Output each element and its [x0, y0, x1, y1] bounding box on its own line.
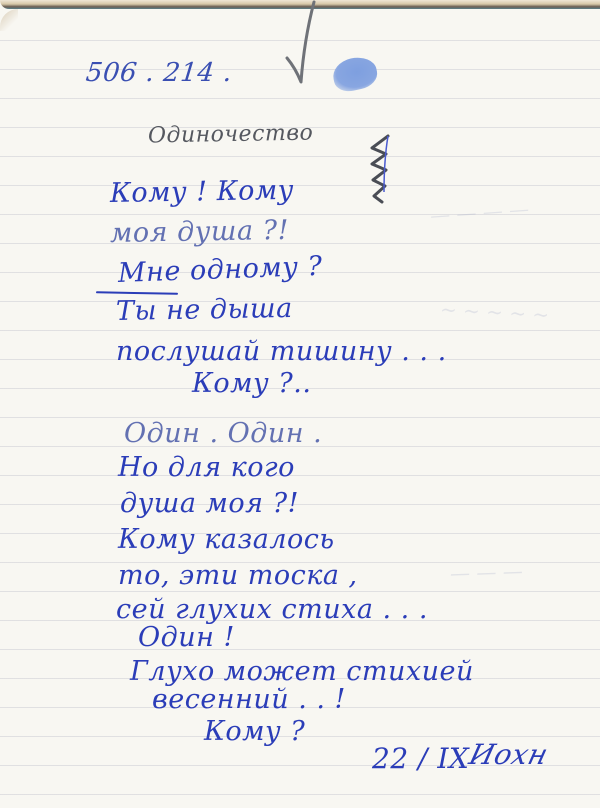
notebook-page: — — — — ~ ~ ~ ~ ~ — — — 506 . 214 . Один… [0, 0, 600, 808]
poem-line: Но для кого [118, 452, 295, 483]
author-signature: Иохн [466, 738, 552, 771]
show-through-text: — — — — [429, 197, 530, 228]
poem-line: Один . Один . [124, 418, 322, 449]
poem-line: Кому ?.. [192, 368, 311, 399]
poem-line: Кому казалось [118, 524, 335, 555]
pencil-check-mark-icon [270, 0, 330, 90]
catalog-number: 506 . 214 . [84, 58, 233, 88]
poem-line: послушай тишину . . . [116, 336, 447, 367]
poem-line: Глухо может стихией [130, 656, 474, 687]
poem-line: Ты не дыша [116, 293, 293, 327]
show-through-text: ~ ~ ~ ~ ~ [439, 297, 549, 327]
poem-line: душа моя ?! [120, 488, 299, 519]
poem-line: Один ! [138, 622, 235, 653]
date: 22 / IX [372, 742, 469, 775]
poem-line: Кому ? [204, 716, 305, 747]
poem-line: Кому ! Кому [110, 175, 294, 209]
poem-line: моя душа ?! [110, 215, 289, 249]
poem-line: Мне одному ? [117, 251, 322, 289]
poem-title: Одиночество [148, 121, 314, 149]
poem-line: сей глухих стиха . . . [116, 594, 428, 625]
poem-line: весенний . . ! [152, 684, 346, 715]
show-through-text: — — — [450, 559, 524, 586]
poem-line: то, эти тоска , [118, 560, 358, 591]
ink-blot-icon [330, 54, 380, 94]
pencil-zigzag-icon [368, 134, 394, 204]
